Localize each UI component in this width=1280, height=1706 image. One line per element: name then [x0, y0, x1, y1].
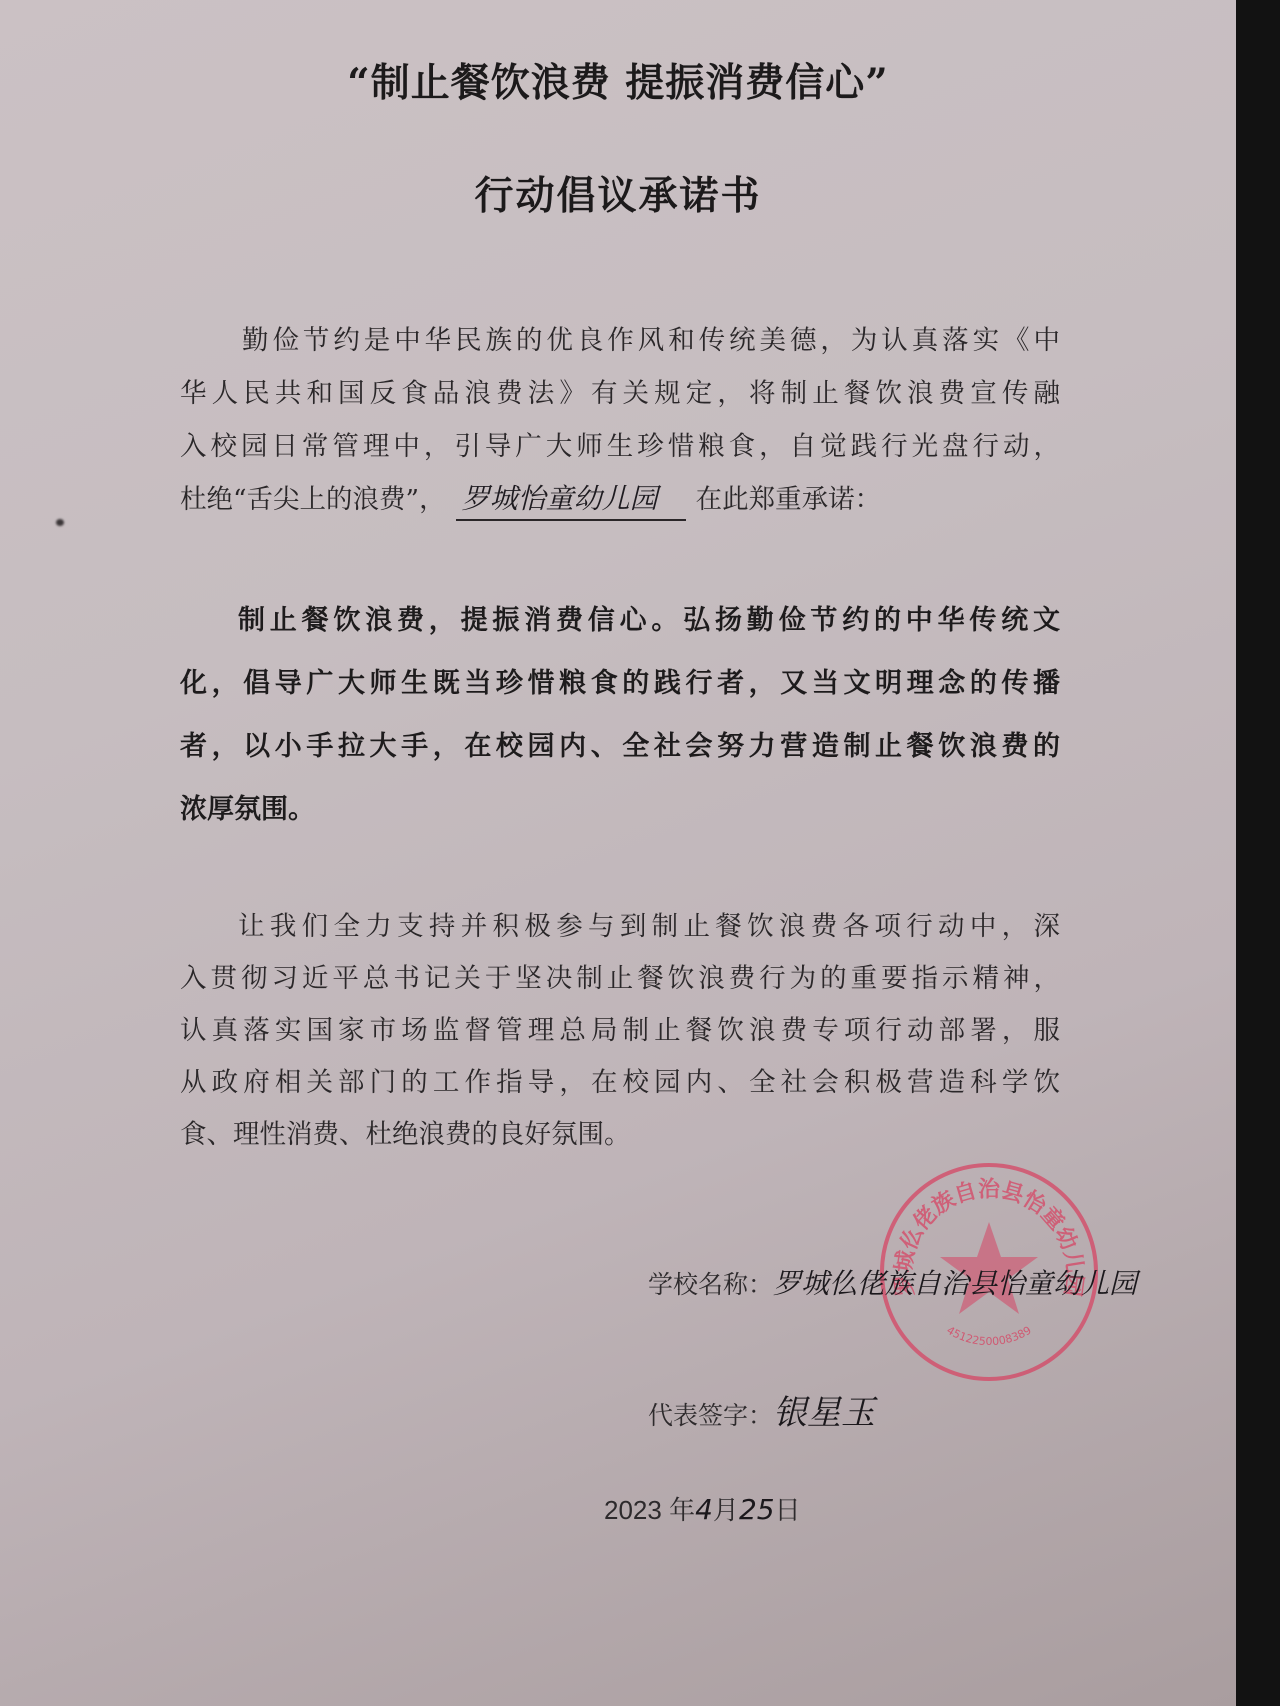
text-line: 制止餐饮浪费，提振消费信心。弘扬勤俭节约的中华传统文 [180, 598, 1060, 661]
text-line-pledge: 杜绝“舌尖上的浪费”，罗城怡童幼儿园在此郑重承诺： [180, 477, 1060, 530]
text-line: 者，以小手拉大手，在校园内、全社会努力营造制止餐饮浪费的 [180, 724, 1060, 787]
document-page: “制止餐饮浪费 提振消费信心” 行动倡议承诺书 勤俭节约是中华民族的优良作风和传… [0, 0, 1236, 1706]
date-row: 2023 年4月25日 [604, 1490, 801, 1527]
document-title: “制止餐饮浪费 提振消费信心” [0, 52, 1236, 108]
pledge-prefix: 杜绝“舌尖上的浪费”， [180, 484, 446, 515]
date-month-unit: 月 [713, 1495, 739, 1525]
date-month: 4 [695, 1493, 713, 1526]
text-line: 认真落实国家市场监督管理总局制止餐饮浪费专项行动部署，服 [180, 1008, 1060, 1060]
handwritten-school-name: 罗城怡童幼儿园 [456, 477, 686, 521]
representative-signature: 银星玉 [773, 1393, 875, 1433]
text-line: 浓厚氛围。 [180, 787, 1060, 850]
text-line: 食、理性消费、杜绝浪费的良好氛围。 [180, 1112, 1060, 1164]
text-line: 入校园日常管理中，引导广大师生珍惜粮食，自觉践行光盘行动， [180, 424, 1060, 477]
pledge-suffix: 在此郑重承诺： [696, 484, 882, 515]
text-line: 入贯彻习近平总书记关于坚决制止餐饮浪费行为的重要指示精神， [180, 956, 1060, 1008]
representative-row: 代表签字：银星玉 [648, 1385, 875, 1434]
date-day-unit: 日 [775, 1495, 801, 1525]
paragraph-intro: 勤俭节约是中华民族的优良作风和传统美德，为认真落实《中 华人民共和国反食品浪费法… [180, 318, 1060, 530]
school-name-label: 学校名称： [648, 1270, 773, 1299]
text-line: 化，倡导广大师生既当珍惜粮食的践行者，又当文明理念的传播 [180, 661, 1060, 724]
representative-label: 代表签字： [648, 1401, 773, 1430]
school-name-row: 学校名称：罗城仫佬族自治县怡童幼儿园 [648, 1262, 1137, 1302]
text-line: 华人民共和国反食品浪费法》有关规定，将制止餐饮浪费宣传融 [180, 371, 1060, 424]
text-line: 勤俭节约是中华民族的优良作风和传统美德，为认真落实《中 [180, 318, 1060, 371]
date-year-unit: 年 [669, 1495, 695, 1525]
svg-text:4512250008389: 4512250008389 [944, 1324, 1033, 1349]
date-day: 25 [739, 1493, 775, 1526]
date-year: 2023 [604, 1495, 662, 1525]
text-line: 让我们全力支持并积极参与到制止餐饮浪费各项行动中，深 [180, 904, 1060, 956]
school-name-handwritten: 罗城仫佬族自治县怡童幼儿园 [773, 1267, 1137, 1300]
document-subtitle: 行动倡议承诺书 [0, 165, 1236, 221]
text-line: 从政府相关部门的工作指导，在校园内、全社会积极营造科学饮 [180, 1060, 1060, 1112]
paper-speck [56, 519, 64, 526]
paragraph-action: 让我们全力支持并积极参与到制止餐饮浪费各项行动中，深 入贯彻习近平总书记关于坚决… [180, 904, 1060, 1164]
paragraph-commitment: 制止餐饮浪费，提振消费信心。弘扬勤俭节约的中华传统文 化，倡导广大师生既当珍惜粮… [180, 598, 1060, 850]
